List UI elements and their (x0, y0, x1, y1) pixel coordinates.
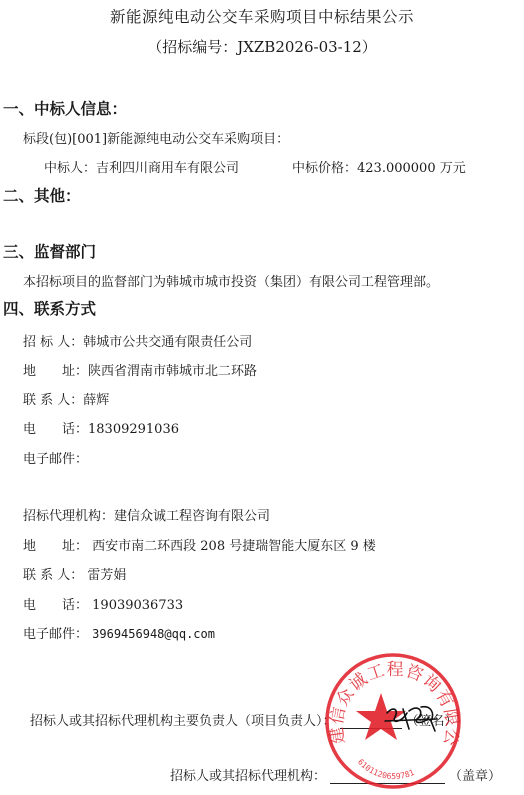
company-seal-stamp: 建信众诚工程咨询有限公司 6101120659781 (323, 651, 463, 791)
agency-phone-row: 电 话： 19039036733 (23, 594, 183, 613)
agency-address-row: 地 址： 西安市南二环西段 208 号捷瑞智能大厦东区 9 楼 (23, 535, 376, 554)
agency-email-label: 电子邮件： (23, 627, 88, 642)
star-icon (356, 693, 406, 740)
agency-contact-label: 联 系 人： (23, 568, 83, 583)
agency-phone-value: 19039036733 (92, 598, 183, 613)
section-winner-heading: 一、中标人信息： (3, 97, 127, 119)
price-label: 中标价格： (292, 161, 357, 176)
responsible-label: 招标人或其招标代理机构主要负责人（项目负责人）： (30, 714, 336, 729)
tenderer-address-row: 地 址：陕西省渭南市韩城市北二环路 (23, 360, 257, 379)
agency-name-row: 招标代理机构：建信众诚工程咨询有限公司 (23, 505, 270, 524)
supervision-text: 本招标项目的监督部门为韩城市城市投资（集团）有限公司工程管理部。 (23, 271, 439, 290)
tenderer-contact-label: 联 系 人： (23, 393, 83, 408)
tenderer-name-label: 招 标 人： (23, 335, 83, 350)
tenderer-name-value: 韩城市公共交通有限责任公司 (83, 335, 252, 350)
agency-contact-value: 雷芳娟 (87, 568, 126, 583)
agency-contact-row: 联 系 人： 雷芳娟 (23, 564, 126, 583)
tenderer-phone-value: 18309291036 (88, 422, 179, 437)
agency-address-value: 西安市南二环西段 208 号捷瑞智能大厦东区 9 楼 (92, 539, 376, 554)
stamp-number: 6101120659781 (356, 757, 416, 781)
org-label: 招标人或其招标代理机构： (170, 769, 326, 784)
tenderer-contact-row: 联 系 人：薛辉 (23, 389, 109, 408)
section-contact-heading: 四、联系方式 (3, 297, 96, 319)
winner-value: 吉利四川商用车有限公司 (96, 161, 239, 176)
document-title: 新能源纯电动公交车采购项目中标结果公示 (0, 5, 524, 27)
tenderer-name-row: 招 标 人：韩城市公共交通有限责任公司 (23, 331, 252, 350)
section-other-heading: 二、其他： (3, 184, 81, 206)
agency-phone-label: 电 话： (23, 598, 88, 613)
tenderer-address-value: 陕西省渭南市韩城市北二环路 (88, 364, 257, 379)
tenderer-phone-label: 电 话： (23, 422, 88, 437)
tenderer-email-row: 电子邮件： (23, 448, 88, 467)
lot-line: 标段(包)[001]新能源纯电动公交车采购项目： (23, 128, 289, 147)
section-supervision-heading: 三、监督部门 (3, 240, 96, 262)
winner-row: 中标人：吉利四川商用车有限公司 (44, 157, 239, 176)
tenderer-phone-row: 电 话：18309291036 (23, 418, 179, 437)
tenderer-contact-value: 薛辉 (83, 393, 109, 408)
agency-email-row: 电子邮件： 3969456948@qq.com (23, 623, 215, 642)
winner-label: 中标人： (44, 161, 96, 176)
agency-name-label: 招标代理机构： (23, 509, 114, 524)
tenderer-address-label: 地 址： (23, 364, 88, 379)
bid-number: （招标编号：JXZB2026-03-12） (0, 36, 524, 57)
agency-email-value: 3969456948@qq.com (92, 627, 215, 641)
agency-address-label: 地 址： (23, 539, 88, 554)
svg-text:6101120659781: 6101120659781 (356, 757, 416, 781)
price-value: 423.000000 万元 (357, 161, 466, 176)
agency-name-value: 建信众诚工程咨询有限公司 (114, 509, 270, 524)
price-row: 中标价格：423.000000 万元 (292, 157, 466, 176)
tenderer-email-label: 电子邮件： (23, 452, 88, 467)
